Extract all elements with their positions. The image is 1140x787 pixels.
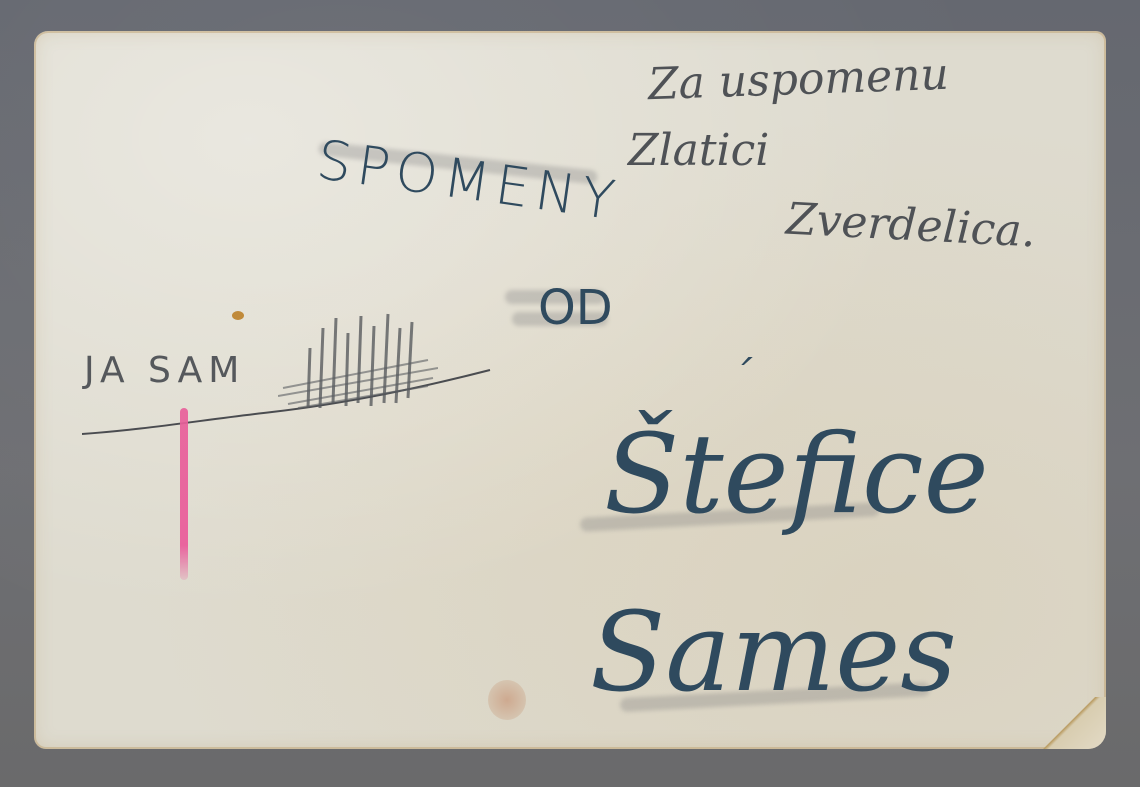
signature-last-name: Sames xyxy=(590,588,957,716)
dedication-line-2: Zlatici xyxy=(628,125,769,176)
accent-mark: ´ xyxy=(730,352,752,403)
round-brown-stain xyxy=(488,680,526,720)
signature-first-name: Štefice xyxy=(604,410,989,538)
from-label: OD xyxy=(538,280,613,336)
folded-corner xyxy=(1036,697,1106,749)
pink-highlighter-stroke xyxy=(180,408,188,580)
dedication-line-1: Za uspomenu xyxy=(647,49,949,110)
pencil-trees-scribble-icon xyxy=(278,308,438,418)
orange-stain-spot xyxy=(232,311,244,320)
